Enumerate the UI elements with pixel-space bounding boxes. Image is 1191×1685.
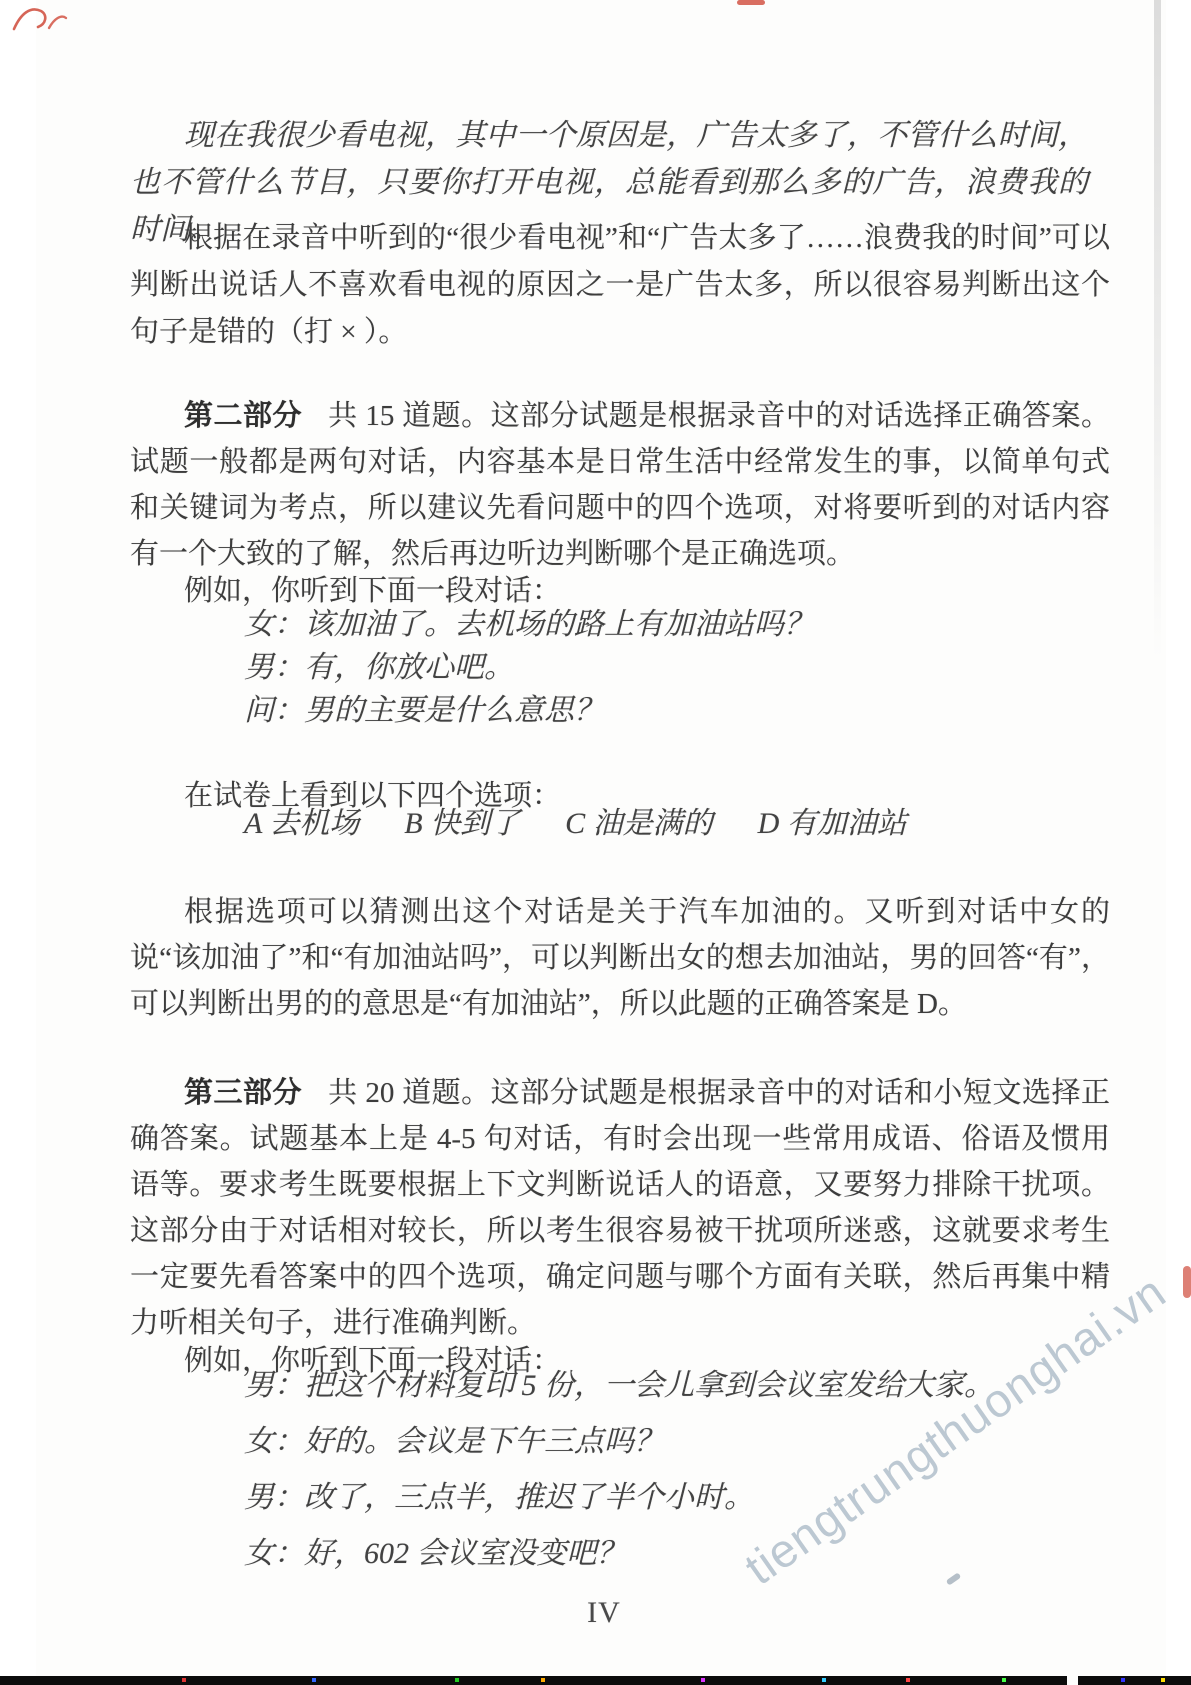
- noise-speck: [1121, 1678, 1125, 1682]
- noise-speck: [1002, 1678, 1006, 1682]
- section2-dialogue: 女：该加油了。去机场的路上有加油站吗？ 男：有，你放心吧。 问：男的主要是什么意…: [244, 603, 1044, 732]
- scan-shadow-band: [1154, 0, 1161, 660]
- noise-speck: [182, 1678, 186, 1682]
- section2-analysis-paragraph: 根据选项可以猜测出这个对话是关于汽车加油的。又听到对话中女的说“该加油了”和“有…: [130, 889, 1110, 1027]
- scan-bottom-strip: [0, 1676, 1191, 1685]
- noise-speck: [455, 1678, 459, 1682]
- page-number: IV: [130, 1590, 1078, 1636]
- noise-speck: [541, 1678, 545, 1682]
- options-row: A 去机场B 快到了C 油是满的D 有加油站: [244, 801, 1144, 847]
- noise-speck: [312, 1678, 316, 1682]
- scan-edge-left: [0, 0, 36, 1685]
- section2-paragraph: 第二部分共 15 道题。这部分试题是根据录音中的对话选择正确答案。试题一般都是两…: [130, 393, 1110, 577]
- red-top-dash-mark: [737, 0, 765, 5]
- section3-body: 共 20 道题。这部分试题是根据录音中的对话和小短文选择正确答案。试题基本上是 …: [130, 1077, 1110, 1339]
- dialogue-line: 女：好，602 会议室没变吧？: [244, 1526, 1074, 1582]
- section2-heading: 第二部分: [184, 400, 302, 432]
- dialogue-line: 男：改了，三点半，推迟了半个小时。: [244, 1470, 1074, 1526]
- dialogue-line: 女：该加油了。去机场的路上有加油站吗？: [244, 603, 1044, 646]
- option-d: D 有加油站: [758, 807, 907, 840]
- noise-speck: [906, 1678, 910, 1682]
- noise-speck: [822, 1678, 826, 1682]
- option-a: A 去机场: [244, 807, 359, 840]
- section3-dialogue: 男：把这个材料复印 5 份，一会儿拿到会议室发给大家。 女：好的。会议是下午三点…: [244, 1358, 1074, 1582]
- option-c: C 油是满的: [565, 807, 713, 840]
- explanation-paragraph: 根据在录音中听到的“很少看电视”和“广告太多了……浪费我的时间”可以判断出说话人…: [130, 215, 1110, 356]
- option-b: B 快到了: [404, 807, 520, 840]
- dialogue-line: 男：有，你放心吧。: [244, 646, 1044, 689]
- noise-speck: [1161, 1678, 1165, 1682]
- scan-edge-right: [1166, 0, 1191, 1685]
- red-scribble-mark: [8, 2, 70, 38]
- dialogue-line: 问：男的主要是什么意思？: [244, 689, 1044, 732]
- noise-speck: [701, 1678, 705, 1682]
- section3-paragraph: 第三部分共 20 道题。这部分试题是根据录音中的对话和小短文选择正确答案。试题基…: [130, 1070, 1110, 1346]
- strip-gap: [1067, 1676, 1078, 1685]
- scanned-book-page: 现在我很少看电视，其中一个原因是，广告太多了，不管什么时间，也不管什么节目，只要…: [0, 0, 1191, 1685]
- section3-heading: 第三部分: [184, 1077, 302, 1109]
